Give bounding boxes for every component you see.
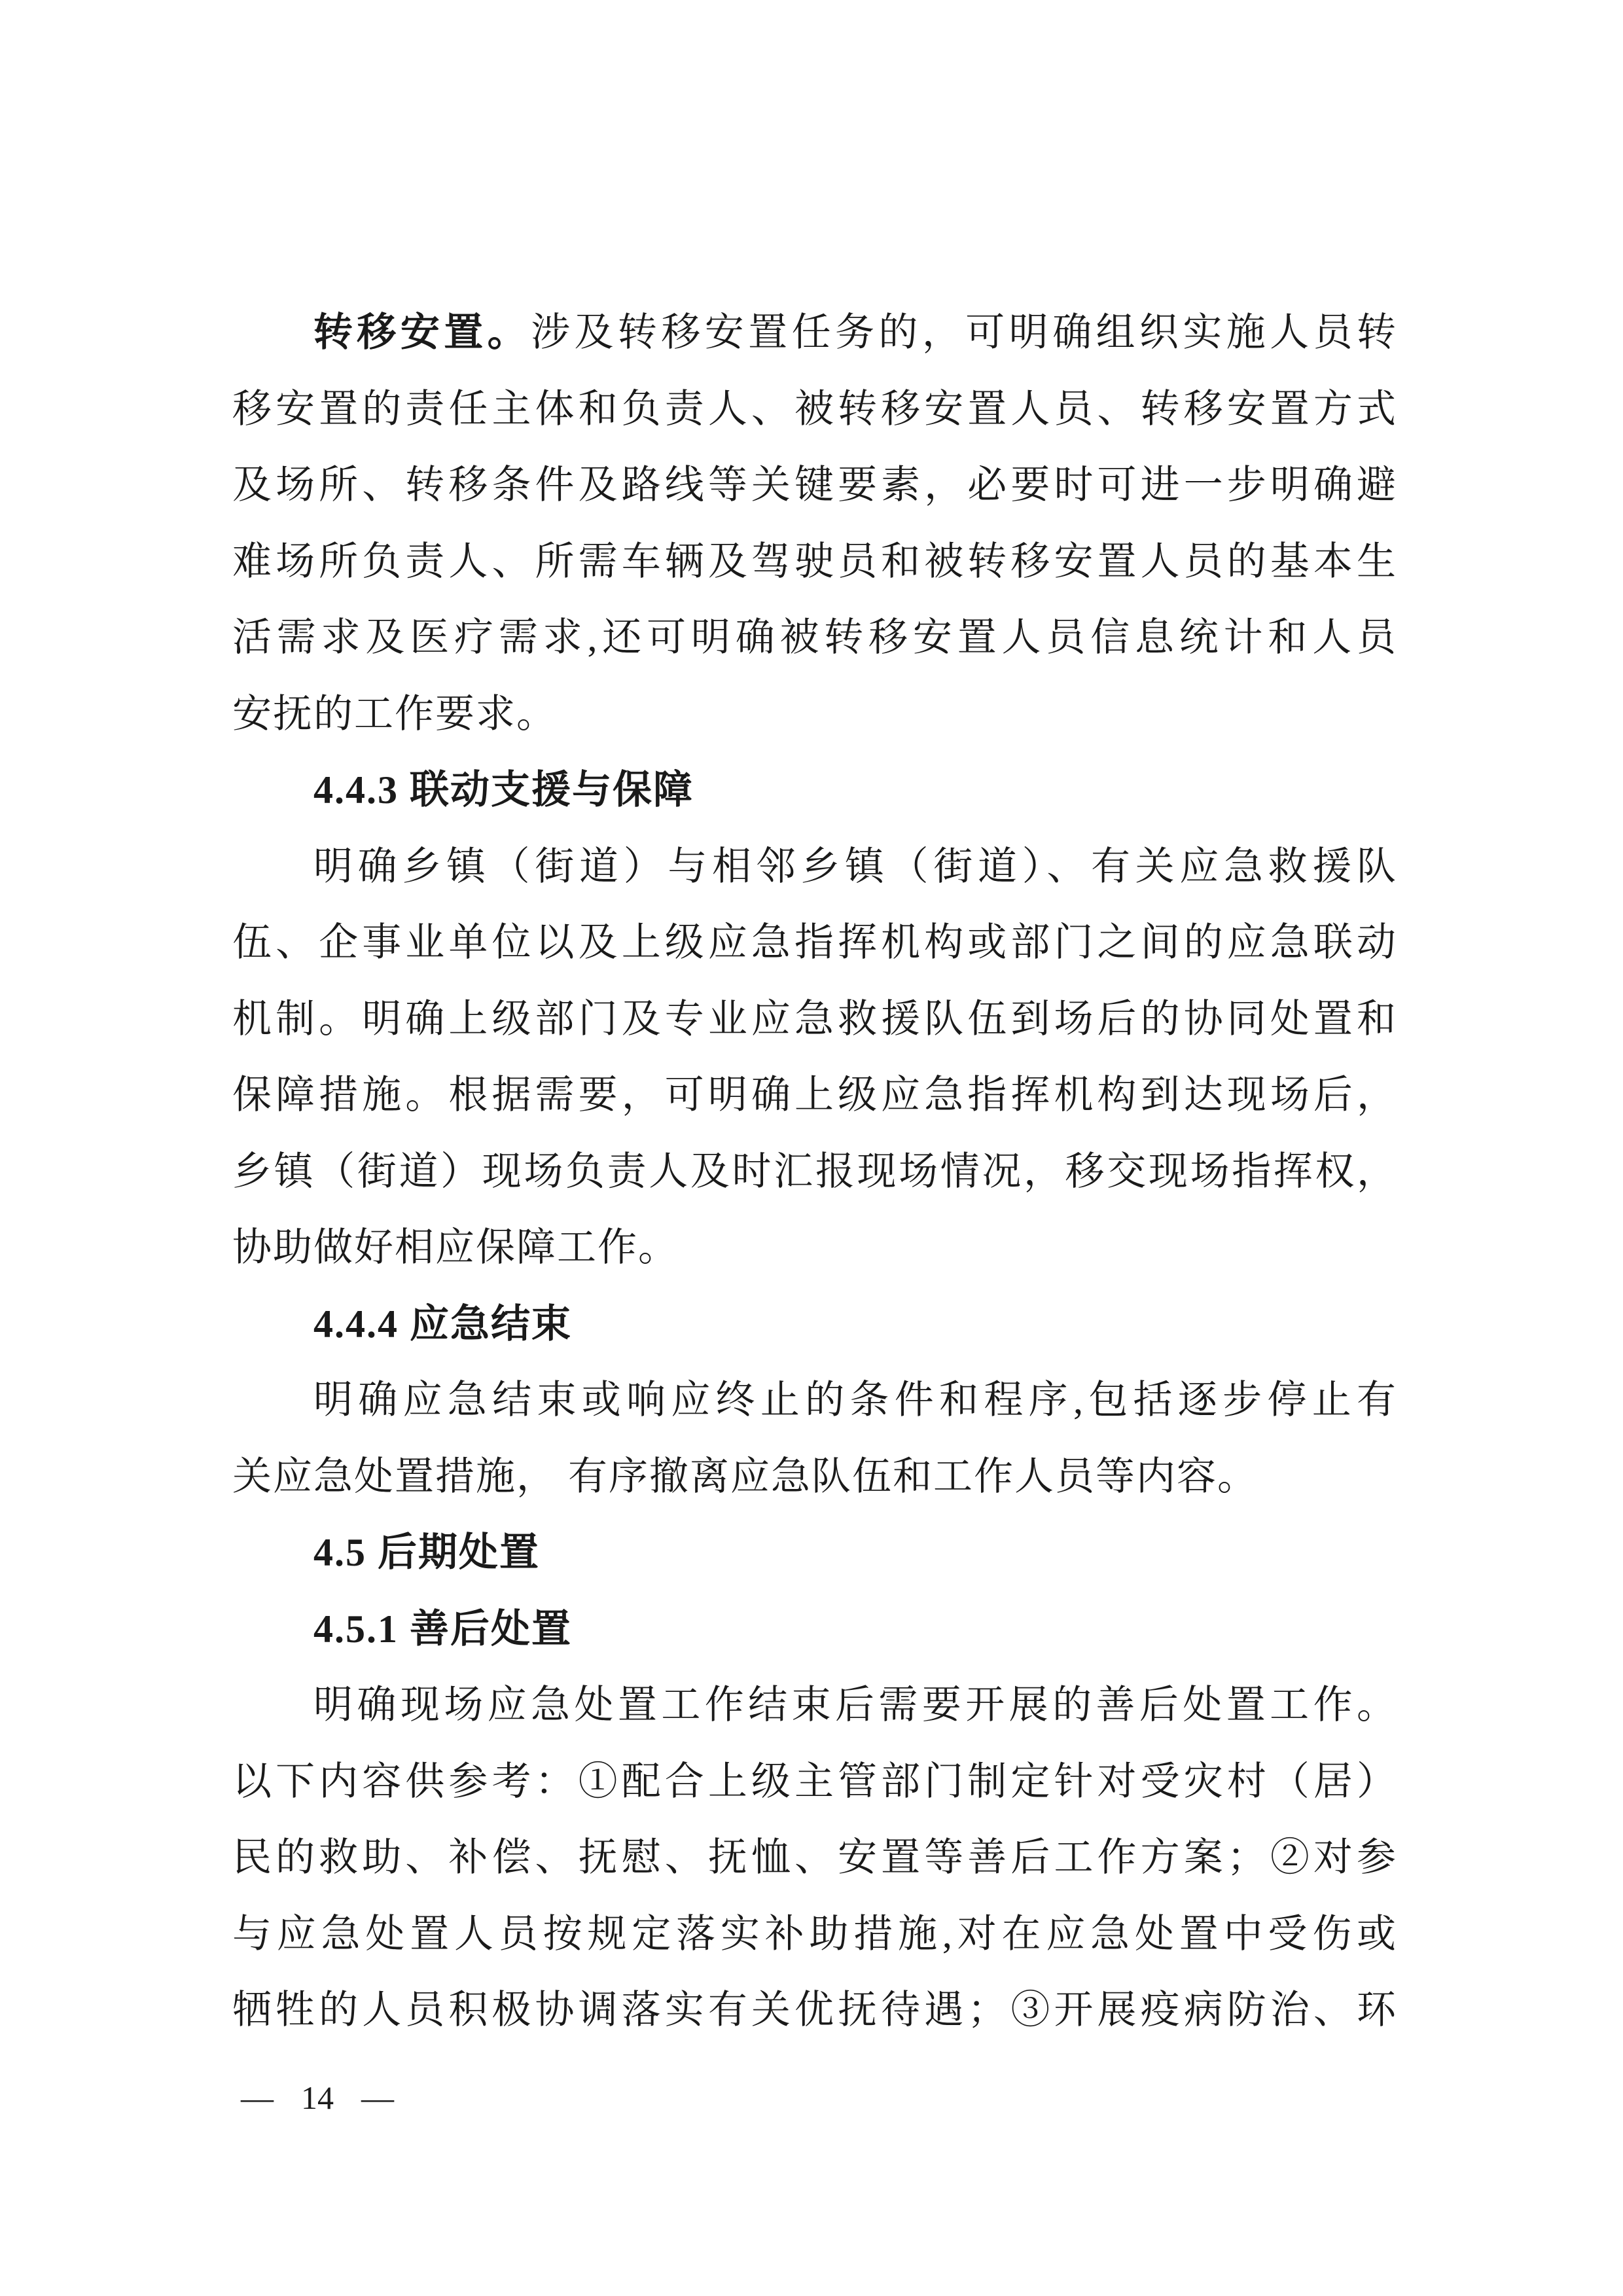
line-text: 涉及转移安置任务的，可明确组织实施人员转 — [531, 311, 1397, 354]
text-line: 难场所负责人、所需车辆及驾驶员和被转移安置人员的基本生 — [232, 524, 1397, 600]
text-line: 活需求及医疗需求,还可明确被转移安置人员信息统计和人员 — [232, 600, 1397, 676]
text-line: 转移安置。涉及转移安置任务的，可明确组织实施人员转 — [232, 295, 1397, 371]
document-body: 转移安置。涉及转移安置任务的，可明确组织实施人员转移安置的责任主体和负责人、被转… — [232, 295, 1397, 2049]
text-line: 明确应急结束或响应终止的条件和程序,包括逐步停止有 — [232, 1362, 1397, 1439]
text-line: 民的救助、补偿、抚慰、抚恤、安置等善后工作方案；②对参 — [232, 1820, 1397, 1896]
section-heading: 4.4.3 联动支援与保障 — [232, 752, 1397, 829]
text-line: 以下内容供参考：①配合上级主管部门制定针对受灾村（居） — [232, 1744, 1397, 1820]
section-heading: 4.5.1 善后处置 — [232, 1591, 1397, 1668]
text-line: 与应急处置人员按规定落实补助措施,对在应急处置中受伤或 — [232, 1896, 1397, 1973]
text-line: 伍、企事业单位以及上级应急指挥机构或部门之间的应急联动 — [232, 905, 1397, 981]
page-footer: — 14 — — [241, 2073, 394, 2122]
text-line: 及场所、转移条件及路线等关键要素，必要时可进一步明确避 — [232, 447, 1397, 524]
text-line: 机制。明确上级部门及专业应急救援队伍到场后的协同处置和 — [232, 981, 1397, 1058]
footer-dash-right: — — [361, 2073, 394, 2122]
text-line: 牺牲的人员积极协调落实有关优抚待遇；③开展疫病防治、环 — [232, 1972, 1397, 2049]
text-line: 关应急处置措施， 有序撤离应急队伍和工作人员等内容。 — [232, 1439, 1397, 1515]
text-line: 安抚的工作要求。 — [232, 676, 1397, 753]
page-number: 14 — [301, 2073, 334, 2122]
section-heading: 4.5 后期处置 — [232, 1515, 1397, 1591]
text-line: 保障措施。根据需要，可明确上级应急指挥机构到达现场后， — [232, 1057, 1397, 1134]
text-line: 乡镇（街道）现场负责人及时汇报现场情况，移交现场指挥权， — [232, 1134, 1397, 1210]
text-line: 明确乡镇（街道）与相邻乡镇（街道）、有关应急救援队 — [232, 829, 1397, 905]
paragraph-bold-lead: 转移安置。 — [313, 311, 531, 354]
text-line: 移安置的责任主体和负责人、被转移安置人员、转移安置方式 — [232, 371, 1397, 448]
document-page: 转移安置。涉及转移安置任务的，可明确组织实施人员转移安置的责任主体和负责人、被转… — [0, 0, 1623, 2296]
text-line: 明确现场应急处置工作结束后需要开展的善后处置工作。 — [232, 1667, 1397, 1744]
footer-dash-left: — — [241, 2073, 274, 2122]
text-line: 协助做好相应保障工作。 — [232, 1210, 1397, 1286]
section-heading: 4.4.4 应急结束 — [232, 1286, 1397, 1363]
